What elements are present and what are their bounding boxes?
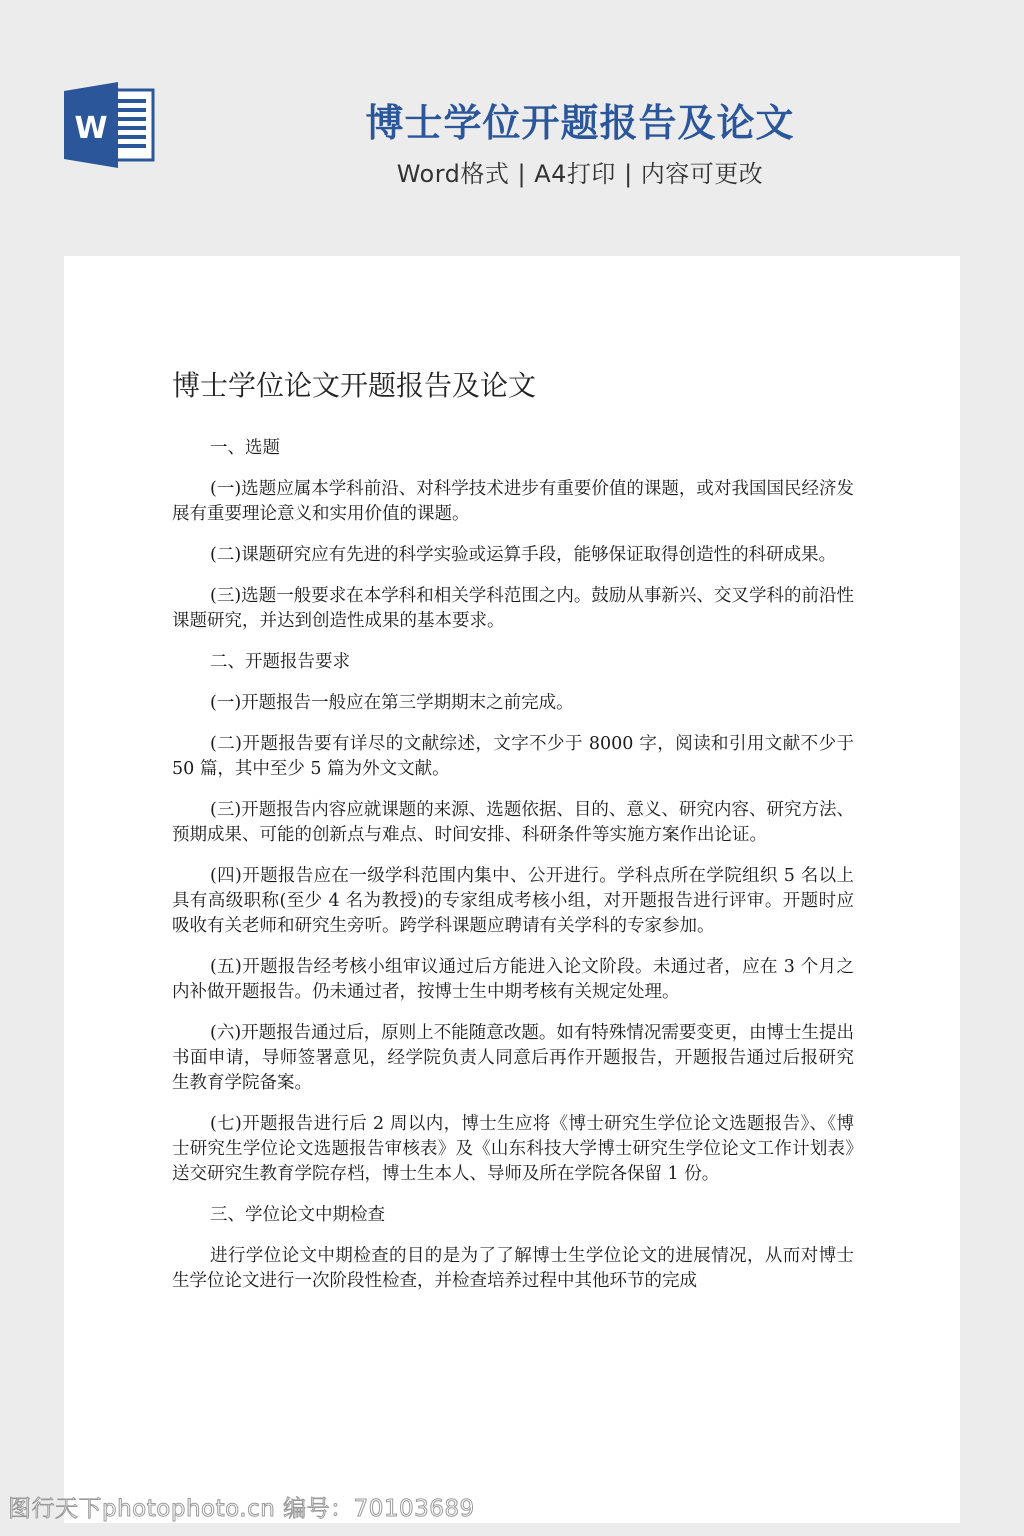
svg-text:W: W bbox=[74, 111, 107, 146]
word-document-icon: W bbox=[64, 82, 156, 168]
banner-subtitle: Word格式 | A4打印 | 内容可更改 bbox=[300, 154, 860, 189]
document-title: 博士学位论文开题报告及论文 bbox=[172, 364, 536, 404]
document-page: 博士学位论文开题报告及论文 一、选题 (一)选题应属本学科前沿、对科学技术进步有… bbox=[64, 256, 960, 1523]
paragraph: (五)开题报告经考核小组审议通过后方能进入论文阶段。未通过者，应在 3 个月之内… bbox=[172, 955, 854, 1005]
banner-title: 博士学位开题报告及论文 bbox=[300, 92, 860, 147]
paragraph: (六)开题报告通过后，原则上不能随意改题。如有特殊情况需要变更，由博士生提出书面… bbox=[172, 1021, 854, 1096]
document-body: 一、选题 (一)选题应属本学科前沿、对科学技术进步有重要价值的课题，或对我国国民… bbox=[172, 436, 854, 1310]
paragraph: (四)开题报告应在一级学科范围内集中、公开进行。学科点所在学院组织 5 名以上具… bbox=[172, 864, 854, 939]
paragraph: (二)课题研究应有先进的科学实验或运算手段，能够保证取得创造性的科研成果。 bbox=[172, 543, 854, 568]
header-banner: W 博士学位开题报告及论文 Word格式 | A4打印 | 内容可更改 bbox=[0, 0, 1024, 256]
section-heading-3: 三、学位论文中期检查 bbox=[172, 1203, 854, 1228]
section-heading-1: 一、选题 bbox=[172, 436, 854, 461]
paragraph: (三)选题一般要求在本学科和相关学科范围之内。鼓励从事新兴、交叉学科的前沿性课题… bbox=[172, 584, 854, 634]
section-heading-2: 二、开题报告要求 bbox=[172, 650, 854, 675]
paragraph: 进行学位论文中期检查的目的是为了了解博士生学位论文的进展情况，从而对博士生学位论… bbox=[172, 1244, 854, 1294]
paragraph: (一)开题报告一般应在第三学期期末之前完成。 bbox=[172, 691, 854, 716]
paragraph: (七)开题报告进行后 2 周以内，博士生应将《博士研究生学位论文选题报告》、《博… bbox=[172, 1112, 854, 1187]
paragraph: (二)开题报告要有详尽的文献综述，文字不少于 8000 字，阅读和引用文献不少于… bbox=[172, 732, 854, 782]
paragraph: (三)开题报告内容应就课题的来源、选题依据、目的、意义、研究内容、研究方法、预期… bbox=[172, 798, 854, 848]
paragraph: (一)选题应属本学科前沿、对科学技术进步有重要价值的课题，或对我国国民经济发展有… bbox=[172, 477, 854, 527]
watermark-text: 图行天下photophoto.cn 编号：70103689 bbox=[8, 1490, 475, 1523]
